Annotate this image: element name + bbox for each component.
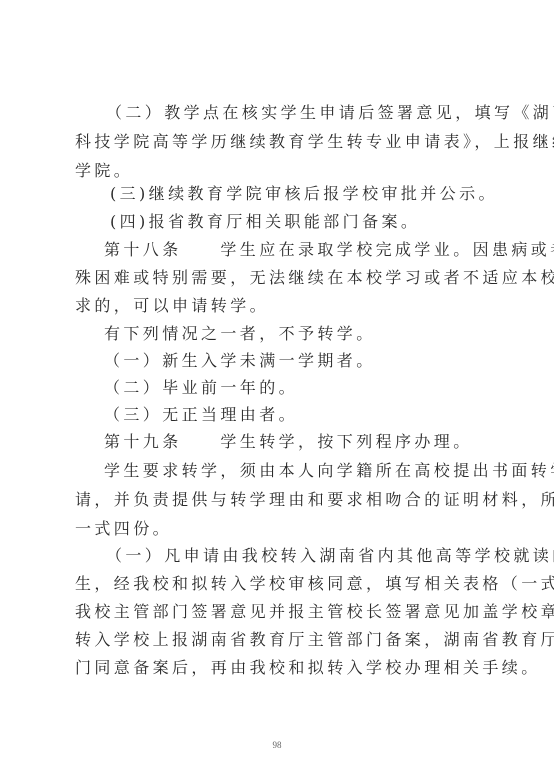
document-page: （二）教学点在核实学生申请后签署意见，填写《湖南人文 科技学院高等学历继续教育学… [0, 0, 554, 783]
text-line: 门同意备案后，再由我校和拟转入学校办理相关手续。 [75, 658, 541, 678]
text-line: 求的，可以申请转学。 [75, 296, 269, 316]
text-line: 转入学校上报湖南省教育厅主管部门备案，湖南省教育厅主管部 [75, 630, 554, 650]
text-line: (四)报省教育厅相关职能部门备案。 [110, 212, 420, 232]
text-line: 学生要求转学，须由本人向学籍所在高校提出书面转学申 [104, 461, 554, 481]
text-line: （三）无正当理由者。 [104, 405, 298, 425]
text-line: 科技学院高等学历继续教育学生转专业申请表》，上报继续教育 [75, 132, 554, 152]
article-18-heading-line: 第十八条 学生应在录取学校完成学业。因患病或者有特 [104, 240, 554, 260]
text-line: （一）凡申请由我校转入湖南省内其他高等学校就读的学 [106, 546, 554, 566]
text-line: 生，经我校和拟转入学校审核同意，填写相关表格（一式四份）， [75, 574, 554, 594]
text-line: （二）毕业前一年的。 [104, 378, 298, 398]
text-line: 殊困难或特别需要，无法继续在本校学习或者不适应本校学习要 [75, 268, 554, 288]
text-line: 我校主管部门签署意见并报主管校长签署意见加盖学校章，由拟 [75, 602, 554, 622]
text-line: （一）新生入学未满一学期者。 [104, 351, 376, 371]
text-line: 一式四份。 [75, 519, 172, 539]
text-line: 有下列情况之一者，不予转学。 [104, 324, 376, 344]
text-line: （二）教学点在核实学生申请后签署意见，填写《湖南人文 [106, 103, 554, 123]
article-19-heading-line: 第十九条 学生转学，按下列程序办理。 [104, 432, 473, 452]
page-number: 98 [0, 740, 554, 750]
text-line: 学院。 [75, 161, 133, 181]
text-line: 请，并负责提供与转学理由和要求相吻合的证明材料，所有材料 [75, 490, 554, 510]
text-line: (三)继续教育学院审核后报学校审批并公示。 [110, 184, 498, 204]
